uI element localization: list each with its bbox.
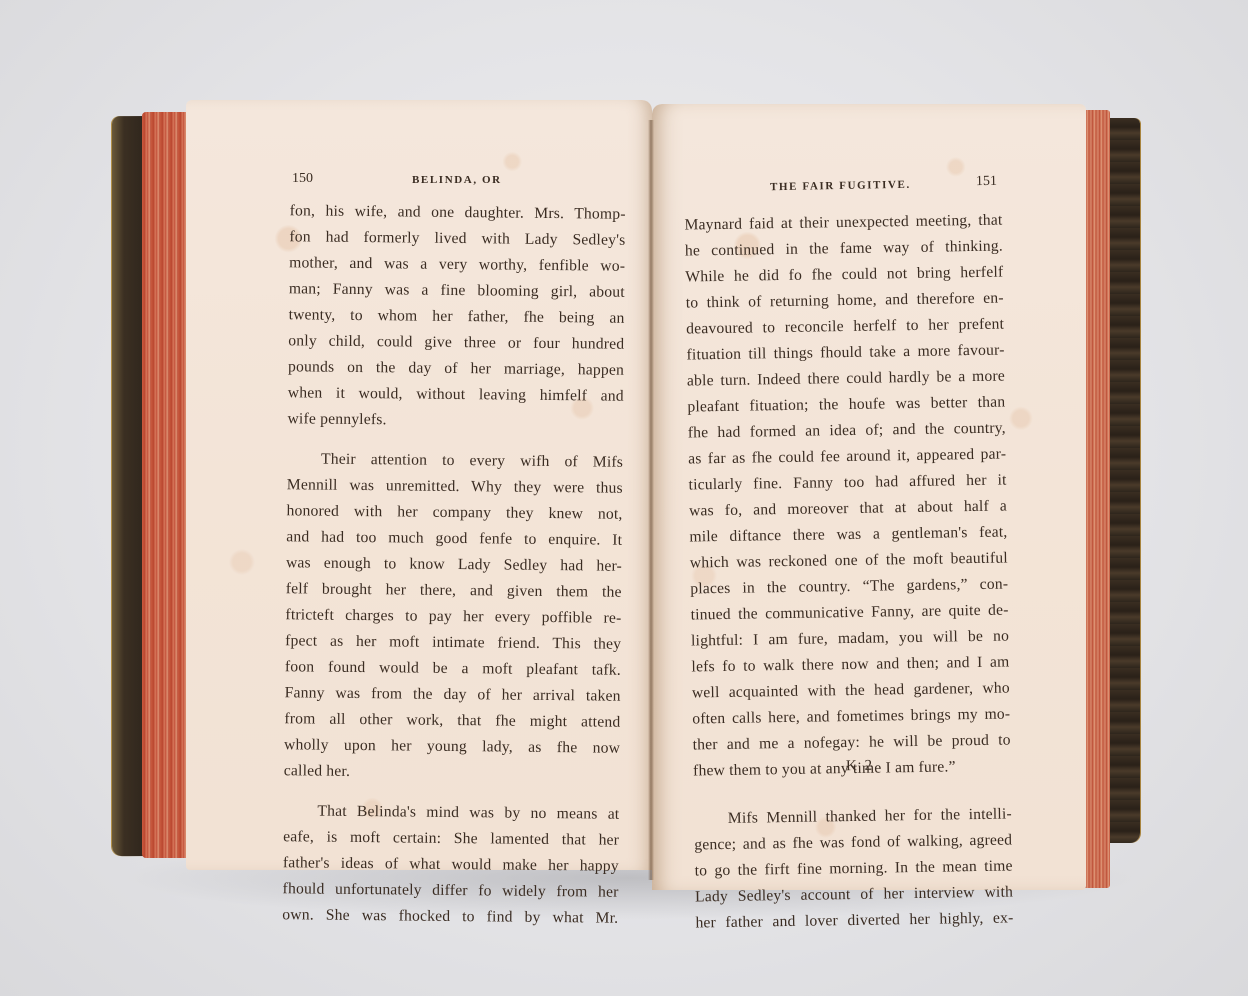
text-line: was enough to know Lady Sedley had her- [286,550,622,580]
text-line: honored with her company they knew not, [286,498,622,528]
text-line: Fanny was from the day of her arrival ta… [285,680,621,710]
left-page-body: fon, his wife, and one daughter. Mrs. Th… [282,198,626,931]
text-line: when it would, without leaving himfelf a… [288,380,624,410]
book-gutter [648,120,654,880]
text-line: ftricteft charges to pay her every poffi… [285,602,621,632]
text-line: father's ideas of what would make her ha… [283,850,619,880]
text-line: That Belinda's mind was by no means at [283,798,619,828]
paragraph: Their attention to every wifh of Mifs Me… [284,446,624,787]
right-running-head: THE FAIR FUGITIVE. [770,179,911,193]
text-line: Mennill was unremitted. Why they were th… [287,472,623,502]
left-red-page-edges [142,112,190,858]
paragraph: fon, his wife, and one daughter. Mrs. Th… [287,198,625,436]
text-line: and had too much good fenfe to enquire. … [286,524,622,554]
text-line: fon, his wife, and one daughter. Mrs. Th… [290,198,626,228]
text-line: ther and me a nofegay: he will be proud … [693,727,1011,758]
text-line: from all other work, that fhe might atte… [284,706,620,736]
left-page-number: 150 [292,171,313,187]
text-line: man; Fanny was a fine blooming girl, abo… [289,276,625,306]
text-line: felf brought her there, and given them t… [286,576,622,606]
text-line: called her. [284,758,620,788]
left-running-head: BELINDA, OR [412,174,502,186]
text-line: foon found would be a moft pleafant tafk… [285,654,621,684]
right-page-number: 151 [976,174,997,190]
text-line: fon had formerly lived with Lady Sedley'… [289,224,625,254]
paragraph: That Belinda's mind was by no means at e… [282,798,619,932]
text-line: mother, and was a very worthy, fenfible … [289,250,625,280]
signature-mark: K 2 [846,758,874,775]
paragraph: Mifs Mennill thanked her for the intelli… [694,801,1014,936]
book-photo-scene: 150 BELINDA, OR THE FAIR FUGITIVE. 151 f… [0,0,1248,996]
text-line: wife pennylefs. [287,406,623,436]
text-line: fpect as her moft intimate friend. This … [285,628,621,658]
text-line: Their attention to every wifh of Mifs [287,446,623,476]
text-line: own. She was fhocked to find by what Mr. [282,902,618,932]
text-line: eafe, is moft certain: She lamented that… [283,824,619,854]
right-page-body: Maynard faid at their unexpected meeting… [684,208,1013,937]
text-line: fhould unfortunately differ fo widely fr… [282,876,618,906]
text-line: twenty, to whom her father, fhe being an [288,302,624,332]
text-line: her father and lover diverted her highly… [695,905,1013,936]
right-red-page-edges [1082,110,1110,888]
paragraph: Maynard faid at their unexpected meeting… [684,208,1011,785]
text-line: wholly upon her young lady, as fhe now [284,732,620,762]
text-line: pounds on the day of her marriage, happe… [288,354,624,384]
text-line: only child, could give three or four hun… [288,328,624,358]
